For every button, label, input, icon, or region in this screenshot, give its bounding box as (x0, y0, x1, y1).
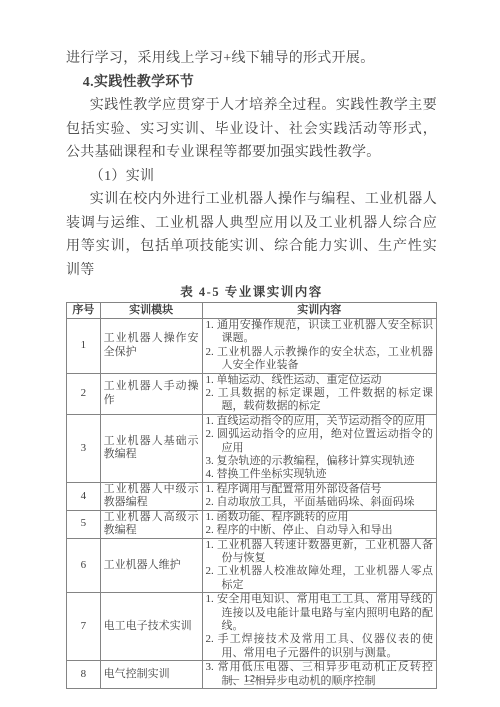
cell-training-content: 1. 工业机器人转速计数器更新，工业机器人备份与恢复2. 工业机器人校准故障处理… (202, 538, 436, 593)
table-row: 5工业机器人高级示教编程1. 函数功能、程序跳转的应用2. 程序的中断、停止、自… (67, 510, 437, 538)
col-header-content: 实训内容 (202, 303, 436, 319)
training-content-item: 1. 安全用电知识、常用电工工具、常用导线的连接以及电能计量电路与室内照明电路的… (206, 593, 433, 633)
section-heading: 4.实践性教学环节 (66, 71, 437, 95)
col-header-no: 序号 (67, 303, 101, 319)
table-row: 6工业机器人维护1. 工业机器人转速计数器更新，工业机器人备份与恢复2. 工业机… (67, 538, 437, 593)
paragraph-training-overview: 实训在校内外进行工业机器人操作与编程、工业机器人装调与运维、工业机器人典型应用以… (66, 188, 437, 282)
cell-row-number: 2 (67, 373, 101, 414)
training-content-item: 2. 工业机器人示教操作的安全状态，工业机器人安全作业装备 (206, 346, 433, 373)
cell-training-content: 1. 直线运动指令的应用，关节运动指令的应用2. 圆弧运动指令的应用，绝对位置运… (202, 414, 436, 482)
cell-training-module: 工业机器人操作安全保护 (100, 319, 202, 374)
table-caption: 表 4-5 专业课实训内容 (66, 284, 437, 301)
cell-row-number: 3 (67, 414, 101, 482)
training-content-table: 序号 实训模块 实训内容 1工业机器人操作安全保护1. 通用安操作规范，识读工业… (66, 302, 437, 689)
cell-row-number: 1 (67, 319, 101, 374)
training-content-item: 1. 函数功能、程序跳转的应用 (206, 511, 433, 524)
training-content-item: 1. 直线运动指令的应用，关节运动指令的应用 (206, 415, 433, 428)
table-row: 3工业机器人基础示教编程1. 直线运动指令的应用，关节运动指令的应用2. 圆弧运… (67, 414, 437, 482)
cell-row-number: 6 (67, 538, 101, 593)
training-content-item: 2. 手工焊接技术及常用工具、仪器仪表的使用、常用电子元器件的识别与测量。 (206, 633, 433, 660)
cell-training-content: 1. 安全用电知识、常用电工工具、常用导线的连接以及电能计量电路与室内照明电路的… (202, 593, 436, 661)
paragraph-practical-teaching: 实践性教学应贯穿于人才培养全过程。实践性教学主要包括实验、实习实训、毕业设计、社… (66, 94, 437, 165)
training-content-item: 2. 工具数据的标定课题，工件数据的标定课题，载荷数据的标定 (206, 387, 433, 414)
subsection-heading: （1）实训 (66, 165, 437, 189)
cell-training-module: 工业机器人维护 (100, 538, 202, 593)
training-content-item: 2. 程序的中断、停止、自动导入和导出 (206, 524, 433, 537)
training-content-item: 4. 替换工件坐标实现轨迹 (206, 468, 433, 481)
cell-training-content: 1. 函数功能、程序跳转的应用2. 程序的中断、停止、自动导入和导出 (202, 510, 436, 538)
document-page: 进行学习，采用线上学习+线下辅导的形式开展。 4.实践性教学环节 实践性教学应贯… (0, 0, 500, 707)
training-content-item: 1. 通用安操作规范，识读工业机器人安全标识课题。 (206, 319, 433, 346)
table-row: 7电工电子技术实训1. 安全用电知识、常用电工工具、常用导线的连接以及电能计量电… (67, 593, 437, 661)
cell-row-number: 7 (67, 593, 101, 661)
training-content-item: 2. 自动取放工具，平面基础码垛、斜面码垛 (206, 496, 433, 509)
training-content-item: 1. 单轴运动、线性运动、重定位运动 (206, 374, 433, 387)
cell-training-content: 1. 程序调用与配置常用外部设备信号2. 自动取放工具，平面基础码垛、斜面码垛 (202, 482, 436, 510)
cell-training-module: 工业机器人基础示教编程 (100, 414, 202, 482)
cell-training-module: 工业机器人中级示教器编程 (100, 482, 202, 510)
cell-row-number: 4 (67, 482, 101, 510)
page-number: — 12 — (0, 674, 500, 685)
paragraph-continued: 进行学习，采用线上学习+线下辅导的形式开展。 (66, 47, 437, 71)
cell-training-module: 工业机器人高级示教编程 (100, 510, 202, 538)
training-content-item: 2. 圆弧运动指令的应用，绝对位置运动指令的应用 (206, 428, 433, 455)
training-content-item: 2. 工业机器人校准故障处理，工业机器人零点标定 (206, 565, 433, 592)
table-row: 4工业机器人中级示教器编程1. 程序调用与配置常用外部设备信号2. 自动取放工具… (67, 482, 437, 510)
cell-row-number: 5 (67, 510, 101, 538)
table-row: 2工业机器人手动操作1. 单轴运动、线性运动、重定位运动2. 工具数据的标定课题… (67, 373, 437, 414)
col-header-module: 实训模块 (100, 303, 202, 319)
training-content-item: 1. 工业机器人转速计数器更新，工业机器人备份与恢复 (206, 539, 433, 566)
cell-training-content: 1. 单轴运动、线性运动、重定位运动2. 工具数据的标定课题，工件数据的标定课题… (202, 373, 436, 414)
training-content-item: 3. 复杂轨迹的示教编程，偏移计算实现轨迹 (206, 455, 433, 468)
page-content: 进行学习，采用线上学习+线下辅导的形式开展。 4.实践性教学环节 实践性教学应贯… (66, 47, 437, 689)
cell-training-module: 工业机器人手动操作 (100, 373, 202, 414)
table-header-row: 序号 实训模块 实训内容 (67, 303, 437, 319)
cell-training-module: 电工电子技术实训 (100, 593, 202, 661)
cell-training-content: 1. 通用安操作规范，识读工业机器人安全标识课题。2. 工业机器人示教操作的安全… (202, 319, 436, 374)
table-row: 1工业机器人操作安全保护1. 通用安操作规范，识读工业机器人安全标识课题。2. … (67, 319, 437, 374)
training-content-item: 1. 程序调用与配置常用外部设备信号 (206, 483, 433, 496)
